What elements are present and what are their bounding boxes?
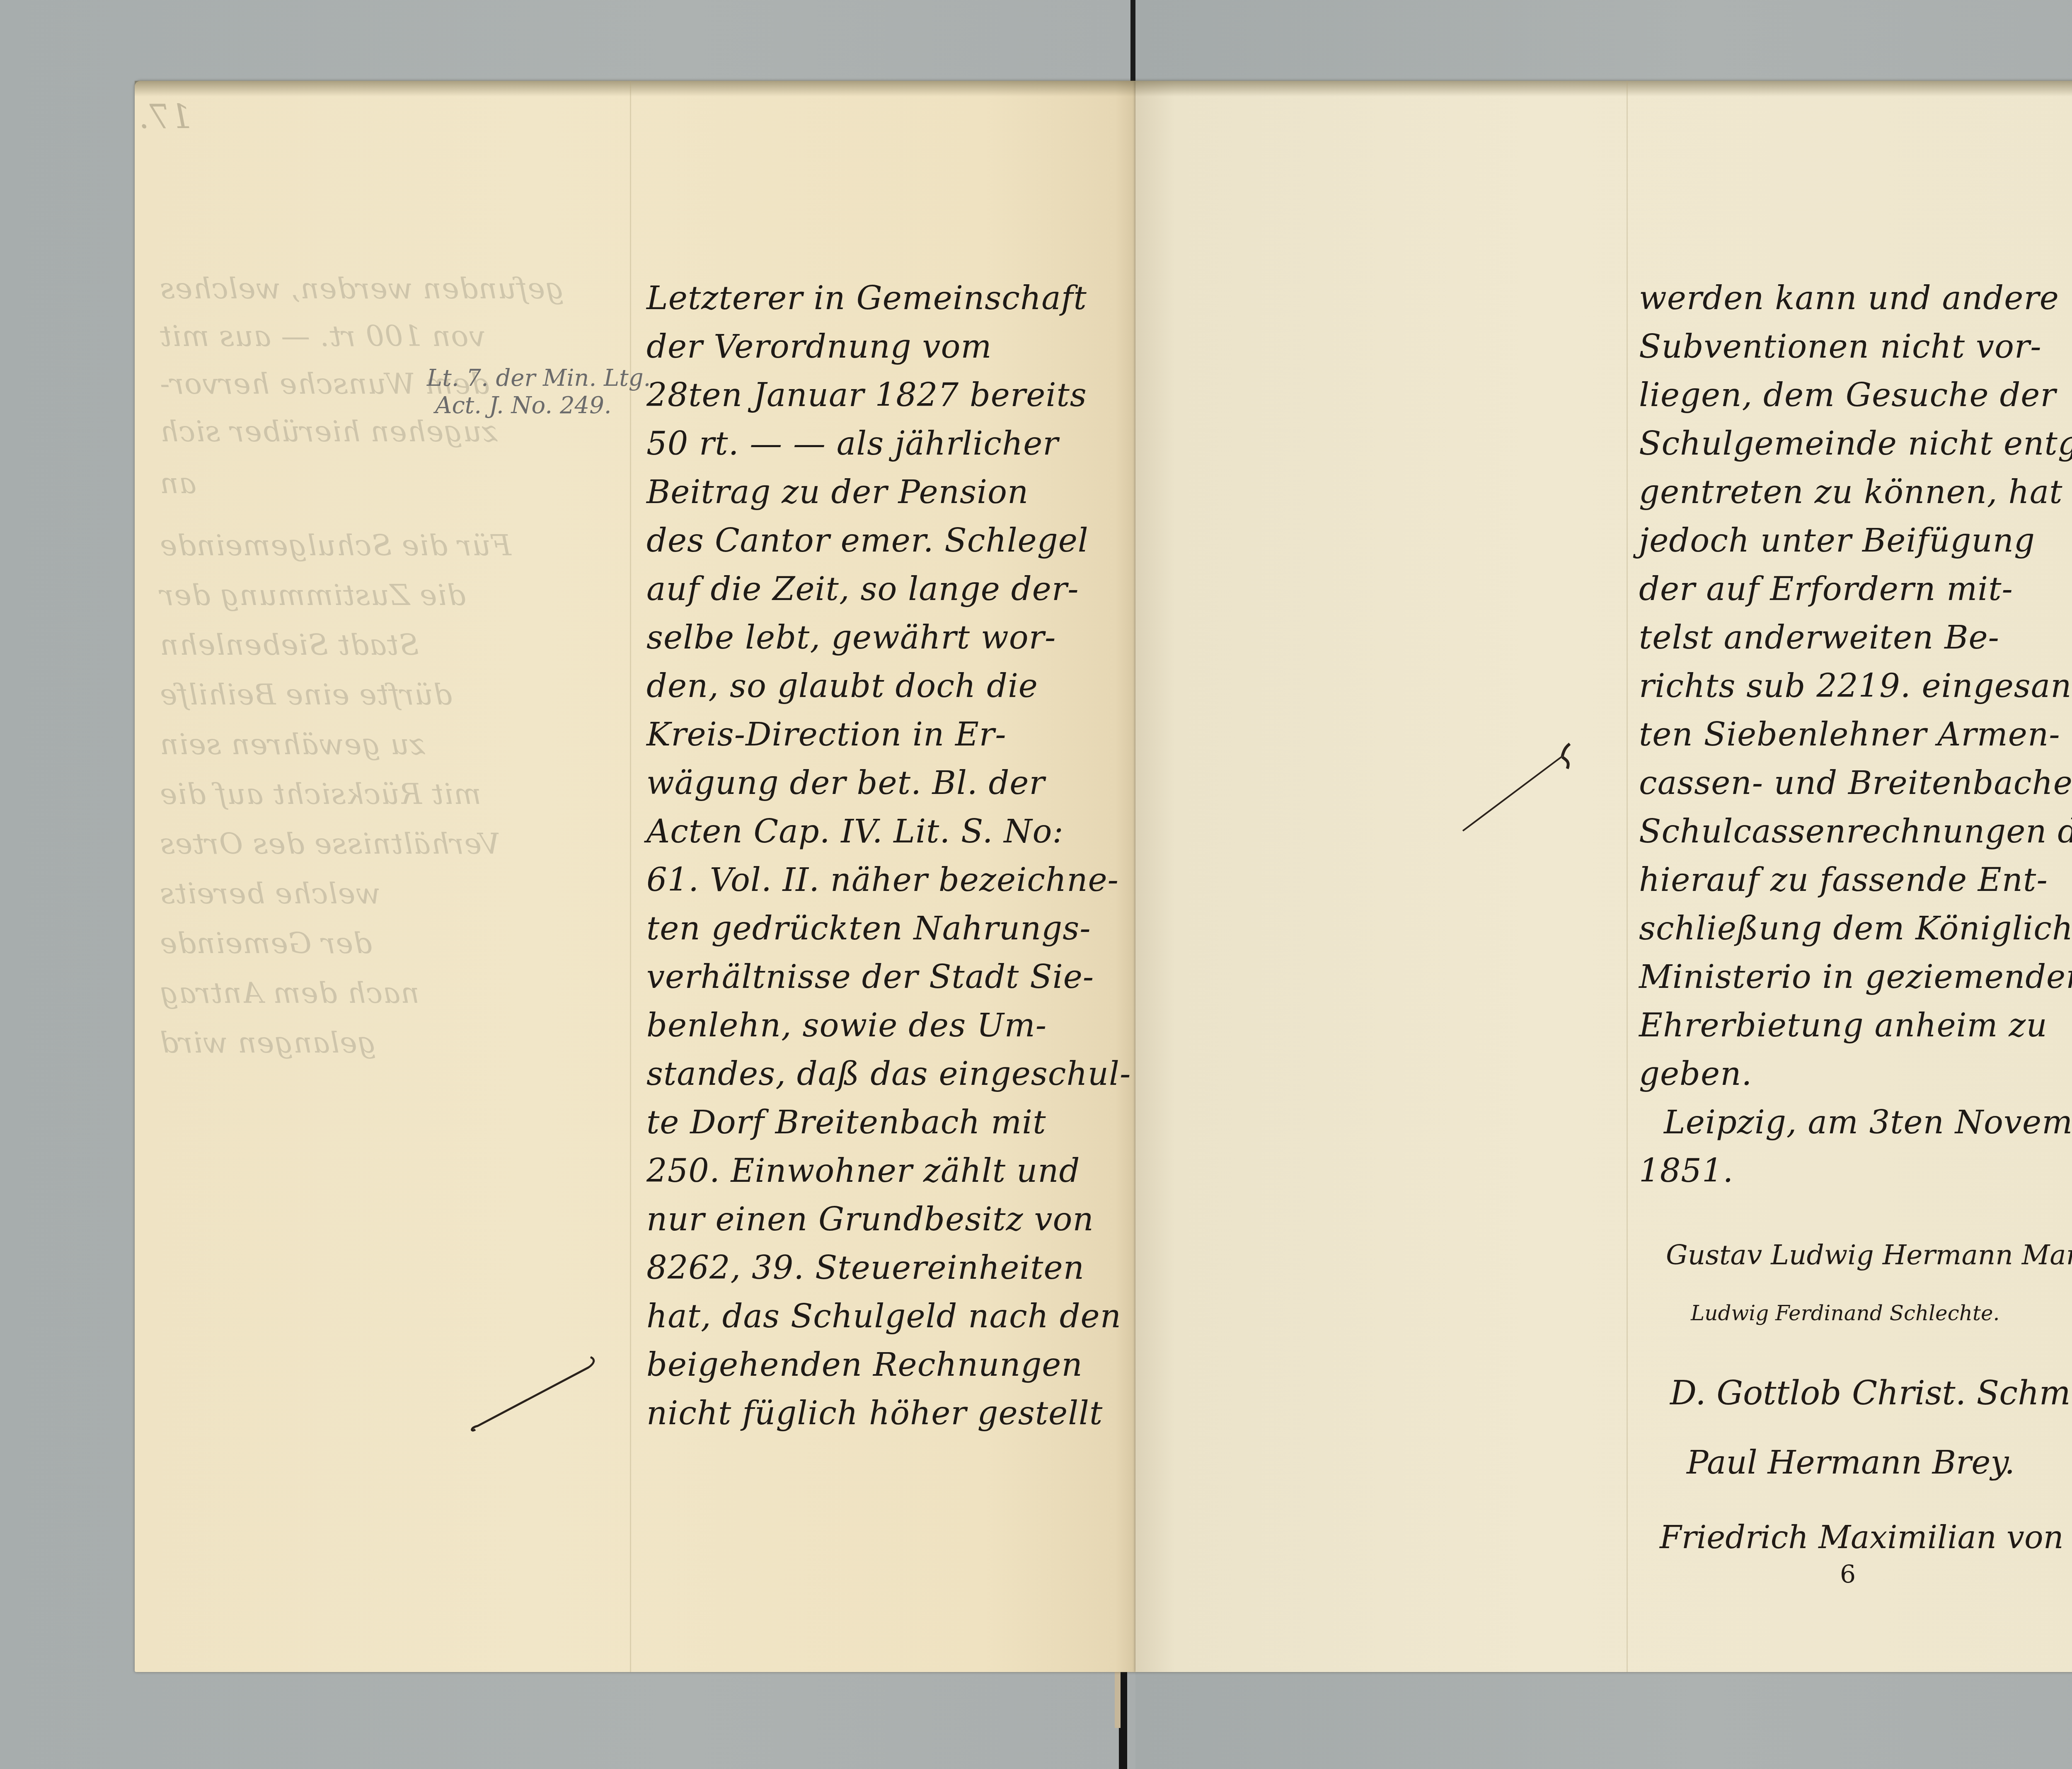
text-line: hat, das Schulgeld nach den xyxy=(646,1298,1121,1335)
text-line: schließung dem Königlichen xyxy=(1639,910,2072,947)
bleed-line: gefunden werden, welches xyxy=(160,271,564,305)
text-line: telst anderweiten Be- xyxy=(1639,619,1999,656)
binding-spine xyxy=(1130,0,1135,83)
text-line: 61. Vol. II. näher bezeichne- xyxy=(646,862,1119,899)
text-line: jedoch unter Beifügung xyxy=(1639,522,2035,559)
text-line: ten gedrückten Nahrungs- xyxy=(646,910,1091,947)
text-line: Ehrerbietung anheim zu xyxy=(1639,1007,2048,1044)
text-line: gentreten zu können, hat xyxy=(1639,474,2063,511)
text-line: werden kann und andere xyxy=(1639,280,2059,317)
text-line: der Verordnung vom xyxy=(646,328,992,365)
bleed-line: mit Rücksicht auf die xyxy=(160,777,481,811)
text-line: selbe lebt, gewährt wor- xyxy=(646,619,1056,656)
text-line: ten Siebenlehner Armen- xyxy=(1639,716,2060,753)
place-date-line: Leipzig, am 3ten November xyxy=(1664,1104,2072,1141)
text-line: Schulgemeinde nicht entge- xyxy=(1639,425,2072,462)
text-line: Ministerio in geziemender xyxy=(1639,958,2072,996)
bleed-through-text: gefunden werden, welches von 100 rt. — a… xyxy=(160,271,698,1432)
text-line: verhältnisse der Stadt Sie- xyxy=(646,958,1094,996)
margin-hook-stroke xyxy=(466,1345,599,1444)
text-line: wägung der bet. Bl. der xyxy=(646,765,1045,802)
right-text-column: werden kann und andere Subventionen nich… xyxy=(1639,280,2072,1191)
margin-note-line: Act. J. No. 249. xyxy=(435,392,651,419)
page-edge-shadow xyxy=(135,81,1135,97)
signature-mark: 6 xyxy=(1840,1560,1856,1589)
bleed-line: zu gewähren sein xyxy=(160,727,425,761)
bleed-line: Verhältnisse des Ortes xyxy=(160,827,500,861)
margin-note-line: Lt. 7. der Min. Ltg. xyxy=(427,365,651,392)
bleed-line: Für die Schulgemeinde xyxy=(160,528,511,562)
text-line: standes, daß das eingeschul- xyxy=(646,1055,1131,1093)
left-page: 17. gefunden werden, welches von 100 rt.… xyxy=(135,81,1135,1672)
bleed-line: welche bereits xyxy=(160,876,380,910)
signature-brey: Paul Hermann Brey. xyxy=(1687,1444,2015,1481)
bleed-line: der Gemeinde xyxy=(160,926,372,960)
bleed-line: nach dem Antrag xyxy=(160,976,419,1010)
bleed-line: die Zustimmung der xyxy=(160,578,466,612)
bleed-line: gelangen wird xyxy=(160,1026,376,1060)
year-line: 1851. xyxy=(1639,1152,1733,1190)
text-line: benlehn, sowie des Um- xyxy=(646,1007,1047,1044)
bleed-line: Stadt Siebenlehn xyxy=(160,628,419,662)
text-line: beigehenden Rechnungen xyxy=(646,1346,1083,1384)
text-line: te Dorf Breitenbach mit xyxy=(646,1104,1046,1141)
signature-schlechte: Ludwig Ferdinand Schlechte. xyxy=(1691,1301,1999,1325)
page-number-bleedthrough: 17. xyxy=(139,97,191,136)
signature-mangoldt: Gustav Ludwig Hermann Mangoldt. xyxy=(1666,1239,2072,1271)
text-line: der auf Erfordern mit- xyxy=(1639,571,2013,608)
text-line: 50 rt. — — als jährlicher xyxy=(646,425,1059,462)
bleed-line: von 100 rt. — aus mit xyxy=(160,319,485,353)
bleed-line: an xyxy=(160,466,196,500)
text-line: den, so glaubt doch die xyxy=(646,668,1038,705)
text-line: des Cantor emer. Schlegel xyxy=(646,522,1089,559)
pencil-margin-note: Lt. 7. der Min. Ltg. Act. J. No. 249. xyxy=(427,365,651,419)
paper-fold-line xyxy=(1627,81,1628,1672)
text-line: 250. Einwohner zählt und xyxy=(646,1152,1080,1190)
text-line: Kreis-Direction in Er- xyxy=(646,716,1007,753)
text-line: 8262, 39. Steuereinheiten xyxy=(646,1249,1084,1287)
text-line: Schulcassenrechnungen die xyxy=(1639,813,2072,850)
left-text-column: Letzterer in Gemeinschaft der Verordnung… xyxy=(646,280,1127,1481)
text-line: Letzterer in Gemeinschaft xyxy=(646,280,1087,317)
text-line: 28ten Januar 1827 bereits xyxy=(646,377,1087,414)
signature-fabel: Friedrich Maximilian von Fabel xyxy=(1660,1519,2072,1556)
text-line: geben. xyxy=(1639,1055,1752,1093)
text-line: hierauf zu fassende Ent- xyxy=(1639,862,2048,899)
bleed-line: zugehen hierüber sich xyxy=(160,414,497,448)
right-page: 17. werden kann und andere Subventionen … xyxy=(1135,81,2072,1672)
signature-schmidt: D. Gottlob Christ. Schmidt. xyxy=(1670,1374,2072,1412)
text-line: nur einen Grundbesitz von xyxy=(646,1201,1094,1238)
text-line: liegen, dem Gesuche der xyxy=(1639,377,2056,414)
margin-diagonal-stroke xyxy=(1459,731,1583,847)
text-line: richts sub 2219. eingesand- xyxy=(1639,668,2072,705)
binding-thread xyxy=(1115,1670,1121,1728)
text-line: Subventionen nicht vor- xyxy=(1639,328,2042,365)
text-line: Acten Cap. IV. Lit. S. No: xyxy=(646,813,1064,850)
text-line: Beitrag zu der Pension xyxy=(646,474,1029,511)
text-line: auf die Zeit, so lange der- xyxy=(646,571,1079,608)
text-line: cassen- und Breitenbacher xyxy=(1639,765,2072,802)
page-edge-shadow xyxy=(1135,81,2072,97)
bleed-line: dürfte eine Beihilfe xyxy=(160,678,452,711)
text-line: nicht füglich höher gestellt xyxy=(646,1395,1103,1432)
